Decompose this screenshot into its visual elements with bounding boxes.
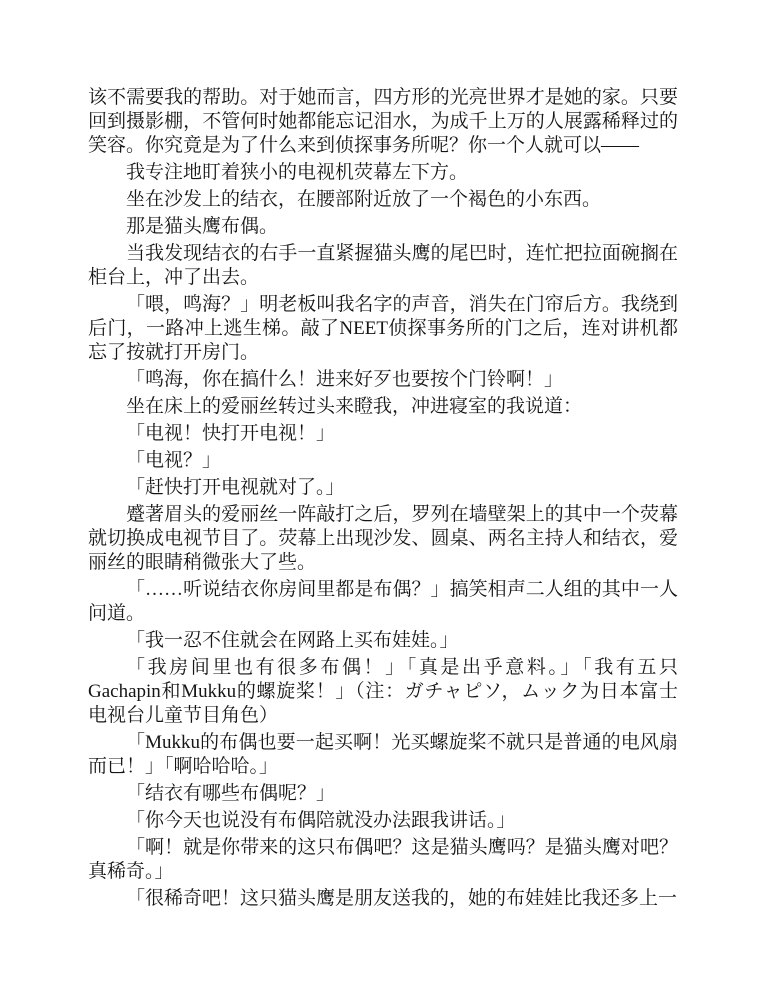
paragraph: 「结衣有哪些布偶呢？」 bbox=[88, 782, 678, 806]
paragraph: 「你今天也说没有布偶陪就没办法跟我讲话。」 bbox=[88, 809, 678, 833]
paragraph: 「鸣海，你在搞什么！进来好歹也要按个门铃啊！」 bbox=[88, 368, 678, 392]
paragraph: 「Mukku的布偶也要一起买啊！光买螺旋桨不就只是普通的电风扇而已！」「啊哈哈哈… bbox=[88, 731, 678, 779]
paragraph: 坐在沙发上的结衣，在腰部附近放了一个褐色的小东西。 bbox=[88, 188, 678, 212]
paragraph: 蹙著眉头的爱丽丝一阵敲打之后，罗列在墙壁架上的其中一个荧幕就切换成电视节目了。荧… bbox=[88, 503, 678, 575]
paragraph: 当我发现结衣的右手一直紧握猫头鹰的尾巴时，连忙把拉面碗搁在柜台上，冲了出去。 bbox=[88, 242, 678, 290]
paragraph: 「赶快打开电视就对了。」 bbox=[88, 476, 678, 500]
paragraph: 「很稀奇吧！这只猫头鹰是朋友送我的，她的布娃娃比我还多上一 bbox=[88, 887, 678, 911]
document-page: 该不需要我的帮助。对于她而言，四方形的光亮世界才是她的家。只要回到摄影棚，不管何… bbox=[0, 0, 765, 990]
paragraph: 「电视！快打开电视！」 bbox=[88, 422, 678, 446]
paragraph: 该不需要我的帮助。对于她而言，四方形的光亮世界才是她的家。只要回到摄影棚，不管何… bbox=[88, 86, 678, 158]
paragraph: 那是猫头鹰布偶。 bbox=[88, 215, 678, 239]
paragraph: 「我一忍不住就会在网路上买布娃娃。」 bbox=[88, 629, 678, 653]
paragraph: 「我房间里也有很多布偶！」「真是出乎意料。」「我有五只Gachapin和Mukk… bbox=[88, 656, 678, 728]
paragraph: 「电视？」 bbox=[88, 449, 678, 473]
text-content: 该不需要我的帮助。对于她而言，四方形的光亮世界才是她的家。只要回到摄影棚，不管何… bbox=[88, 86, 678, 914]
paragraph: 「喂，鸣海？」明老板叫我名字的声音，消失在门帘后方。我绕到后门，一路冲上逃生梯。… bbox=[88, 293, 678, 365]
paragraph: 我专注地盯着狭小的电视机荧幕左下方。 bbox=[88, 161, 678, 185]
paragraph: 「啊！就是你带来的这只布偶吧？这是猫头鹰吗？是猫头鹰对吧？真稀奇。」 bbox=[88, 836, 678, 884]
paragraph: 坐在床上的爱丽丝转过头来瞪我，冲进寝室的我说道： bbox=[88, 395, 678, 419]
paragraph: 「……听说结衣你房间里都是布偶？」搞笑相声二人组的其中一人问道。 bbox=[88, 578, 678, 626]
